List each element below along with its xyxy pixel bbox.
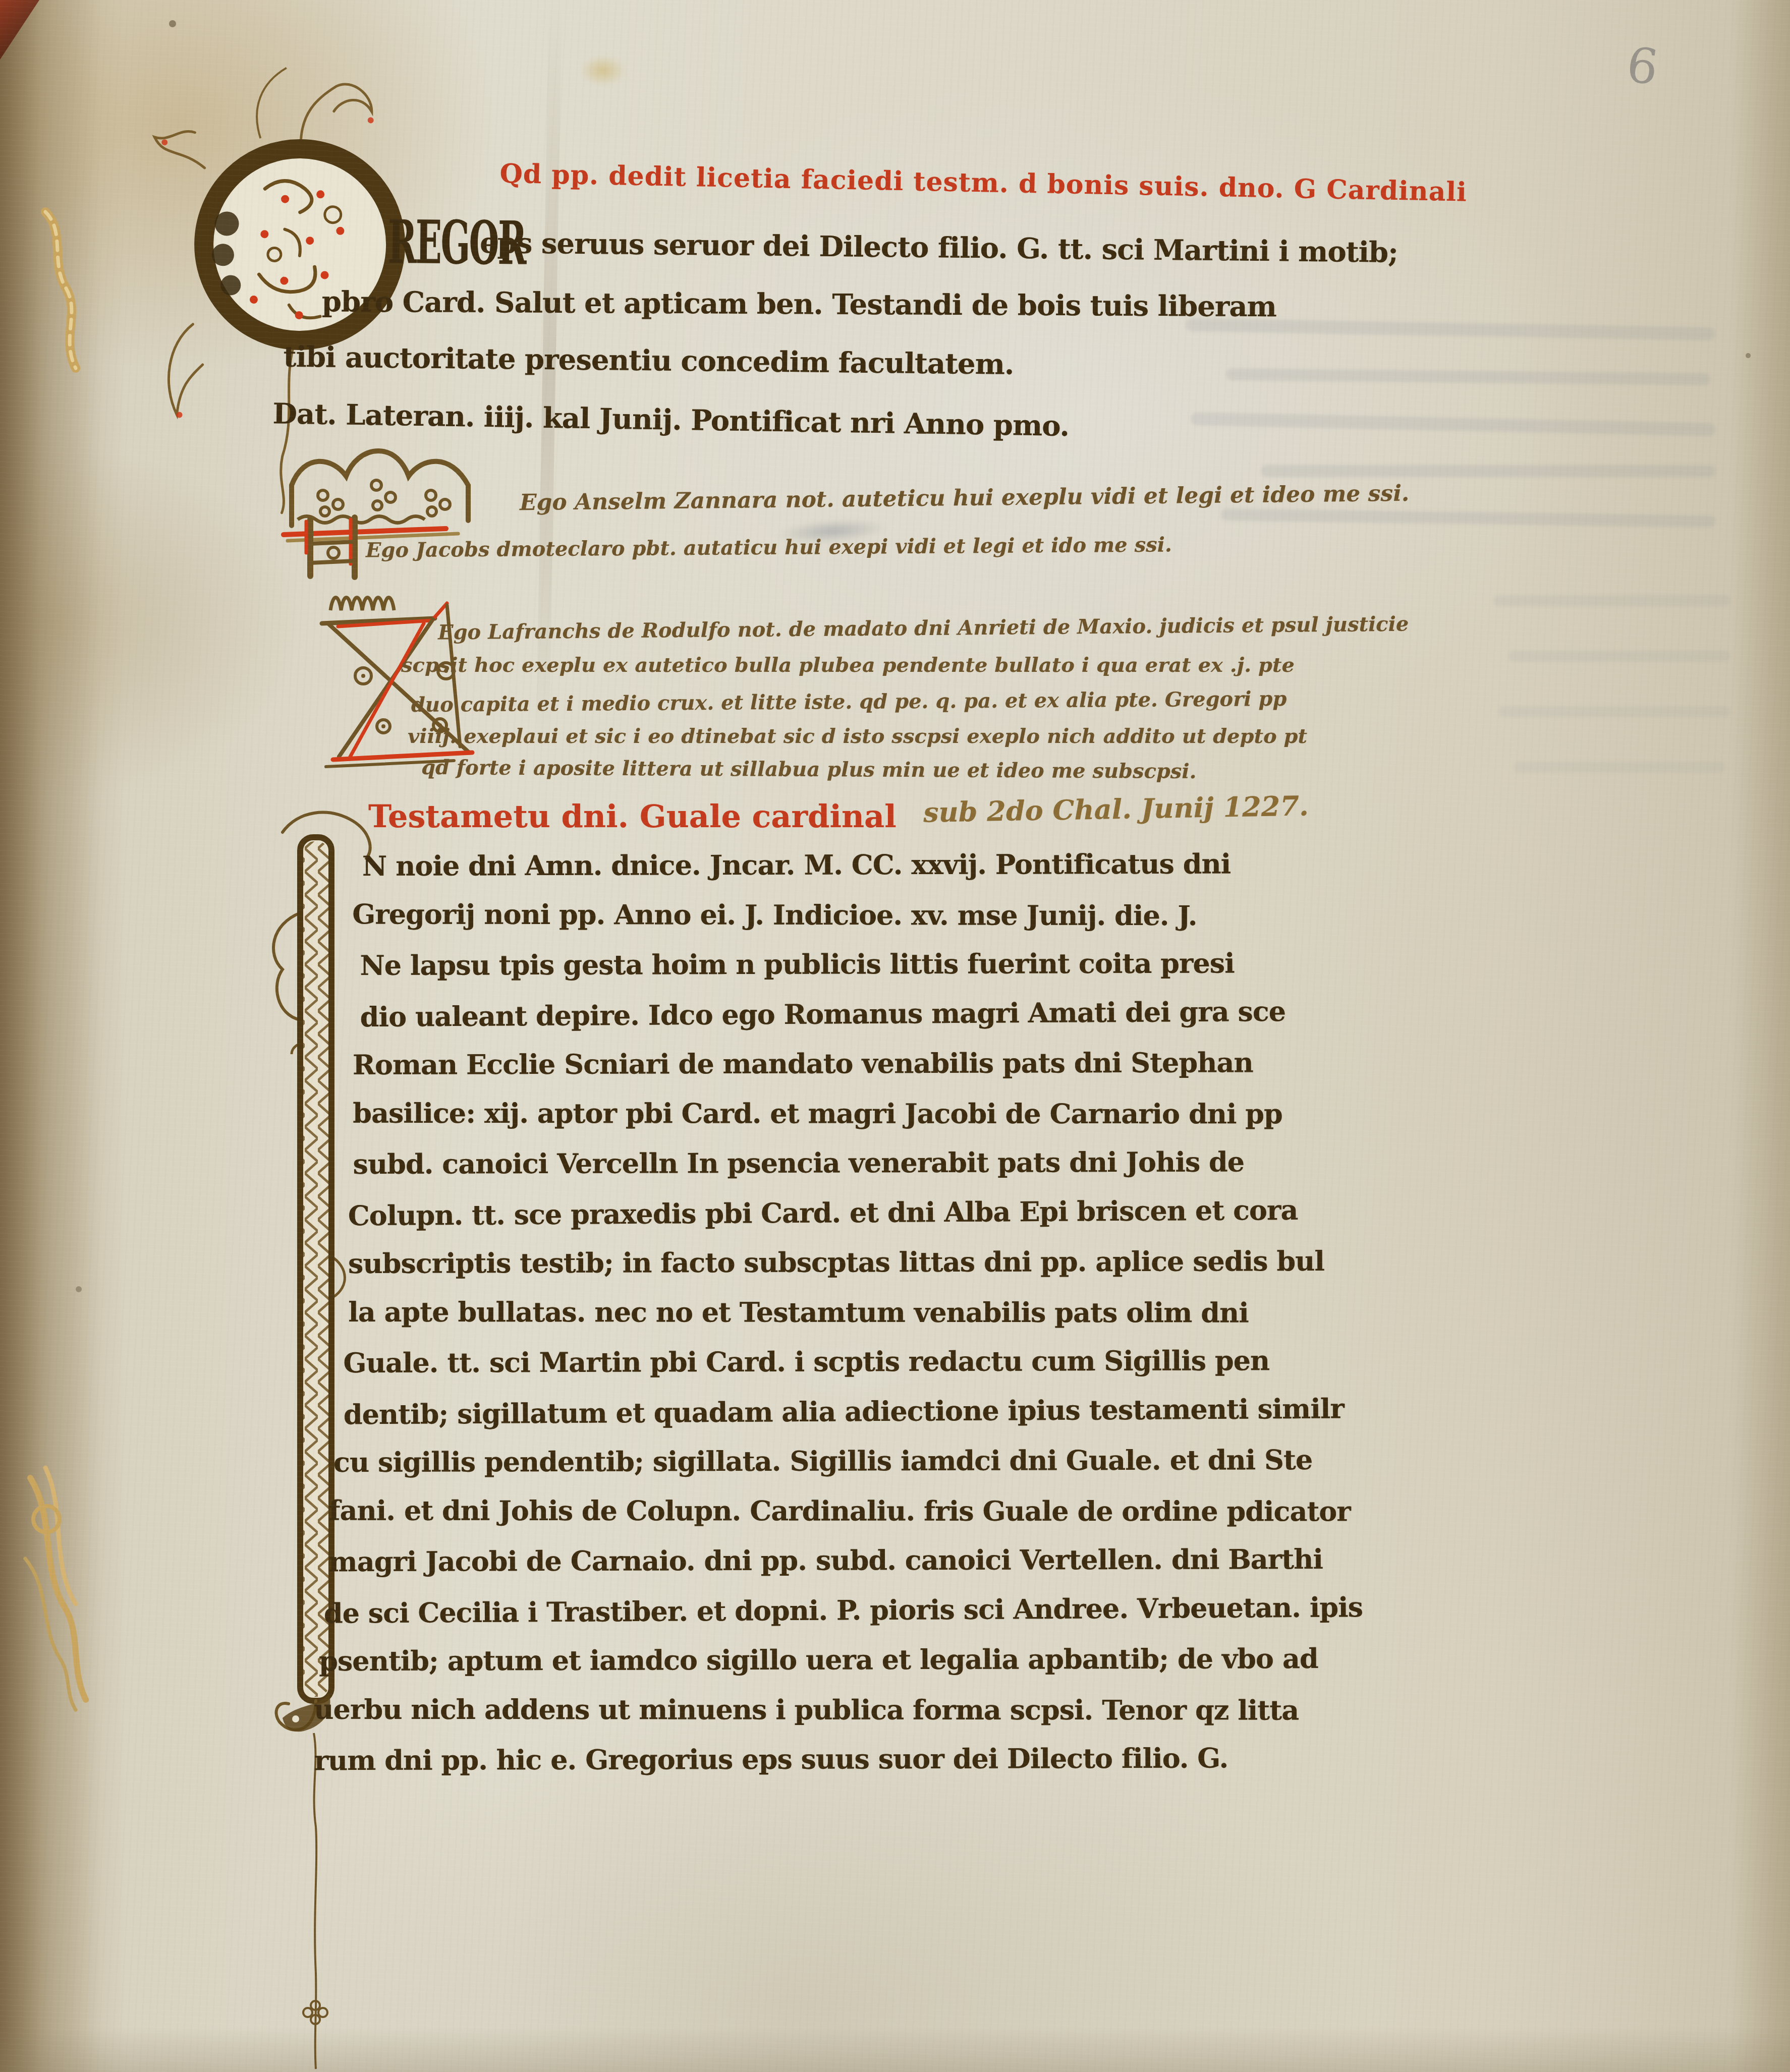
testament-line: uerbu nich addens ut minuens i publica f… bbox=[314, 1693, 1299, 1726]
testament-line: subd. canoici Vercelln In psencia venera… bbox=[353, 1145, 1244, 1180]
testament-line: rum dni pp. hic e. Gregorius eps suus su… bbox=[314, 1742, 1228, 1776]
testament-line: Guale. tt. sci Martin pbi Card. i scptis… bbox=[343, 1344, 1269, 1379]
testament-line: Roman Ecclie Scniari de mandato venabili… bbox=[353, 1046, 1253, 1081]
testament-line: cu sigillis pendentib; sigillata. Sigill… bbox=[333, 1444, 1312, 1478]
testament-line: psentib; aptum et iamdco sigillo uera et… bbox=[319, 1642, 1318, 1677]
testament-section: N noie dni Amn. dnice. Jncar. M. CC. xxv… bbox=[0, 0, 1790, 2072]
testament-line: de sci Cecilia i Trastiber. et dopni. P.… bbox=[324, 1591, 1363, 1630]
testament-line: Gregorij noni pp. Anno ei. J. Indicioe. … bbox=[352, 898, 1197, 932]
testament-line: subscriptis testib; in facto subscptas l… bbox=[348, 1245, 1324, 1280]
testament-line: dio ualeant depire. Idco ego Romanus mag… bbox=[360, 995, 1286, 1033]
testament-line: Ne lapsu tpis gesta hoim n publicis litt… bbox=[360, 947, 1234, 982]
testament-line: Colupn. tt. sce praxedis pbi Card. et dn… bbox=[348, 1194, 1298, 1232]
testament-line: magri Jacobi de Carnaio. dni pp. subd. c… bbox=[328, 1543, 1323, 1578]
testament-line: dentib; sigillatum et quadam alia adiect… bbox=[344, 1392, 1344, 1430]
testament-line: la apte bullatas. nec no et Testamtum ve… bbox=[348, 1296, 1249, 1329]
manuscript-page: 6 Qd pp. dedit licetia faciedi testm. d … bbox=[0, 0, 1790, 2072]
testament-line: N noie dni Amn. dnice. Jncar. M. CC. xxv… bbox=[362, 847, 1230, 882]
testament-line: fani. et dni Johis de Colupn. Cardinaliu… bbox=[328, 1494, 1351, 1528]
testament-line: basilice: xij. aptor pbi Card. et magri … bbox=[353, 1097, 1282, 1130]
